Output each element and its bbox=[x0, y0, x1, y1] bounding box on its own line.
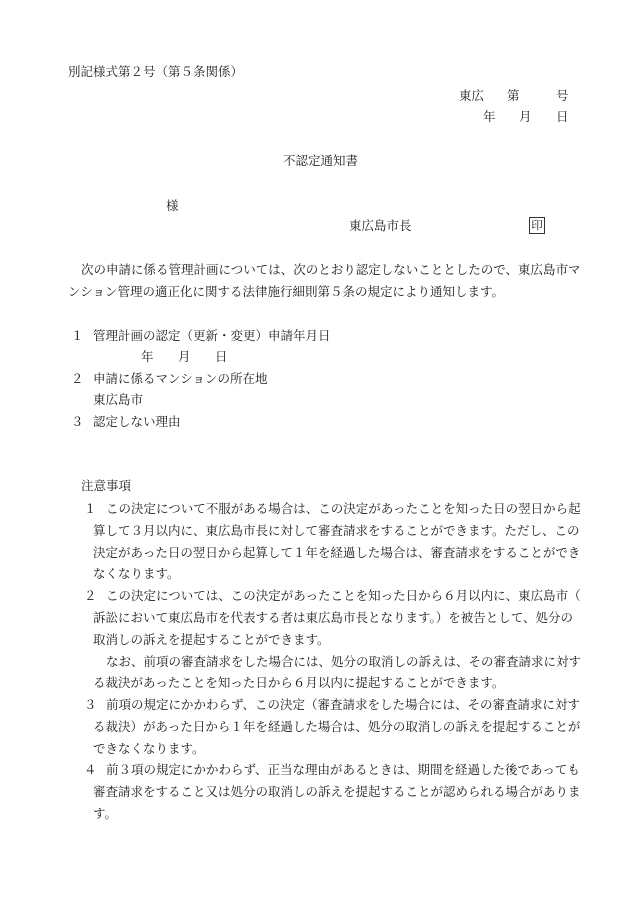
seal-stamp: 印 bbox=[529, 217, 545, 234]
note-4-line: 前３項の規定にかかわらず、正当な理由があるときは、期間を経過した後であっても bbox=[106, 762, 580, 778]
item-1-label: 管理計画の認定（更新・変更）申請年月日 bbox=[93, 328, 331, 344]
note-2-number: ２ bbox=[84, 588, 97, 604]
addressee-suffix: 様 bbox=[166, 198, 179, 214]
note-1-number: １ bbox=[84, 501, 97, 517]
notes-heading: 注意事項 bbox=[81, 478, 131, 494]
intro-line-1: 次の申請に係る管理計画については、次のとおり認定しないこととしたので、東広島市マ bbox=[81, 262, 581, 278]
note-2-line: る裁決があったことを知った日から６月以内に提起することができます。 bbox=[93, 675, 504, 691]
item-2-value: 東広島市 bbox=[93, 392, 143, 408]
doc-number-mid: 第 bbox=[507, 88, 520, 104]
note-1-line: 決定があった日の翌日から起算して１年を経過した場合は、審査請求をすることができ bbox=[93, 545, 580, 561]
date-month: 月 bbox=[519, 109, 532, 125]
item-2-label: 申請に係るマンションの所在地 bbox=[93, 371, 267, 387]
document-title: 不認定通知書 bbox=[283, 153, 358, 169]
issuer-name: 東広島市長 bbox=[349, 218, 412, 234]
item-1-year: 年 bbox=[141, 349, 154, 365]
form-label: 別記様式第２号（第５条関係） bbox=[68, 64, 243, 80]
doc-number-prefix: 東広 bbox=[459, 88, 484, 104]
note-2-line: なお、前項の審査請求をした場合には、処分の取消しの訴えは、その審査請求に対す bbox=[106, 654, 581, 670]
item-1-month: 月 bbox=[178, 349, 191, 365]
item-2-number: ２ bbox=[71, 371, 84, 387]
date-year: 年 bbox=[483, 109, 496, 125]
note-2-line: この決定については、この決定があったことを知った日から６月以内に、東広島市（ bbox=[106, 588, 581, 604]
note-3-number: ３ bbox=[84, 697, 97, 713]
note-3-line: 前項の規定にかかわらず、この決定（審査請求をした場合には、その審査請求に対す bbox=[106, 697, 580, 713]
note-1-line: なくなります。 bbox=[93, 566, 180, 582]
note-3-line: できなくなります。 bbox=[93, 741, 205, 757]
item-3-number: ３ bbox=[71, 414, 84, 430]
note-4-line: 審査請求をすること又は処分の取消しの訴えを提起することが認められる場合がありま bbox=[93, 784, 581, 800]
doc-number-suffix: 号 bbox=[556, 88, 569, 104]
note-2-line: 取消しの訴えを提起することができます。 bbox=[93, 632, 330, 648]
intro-line-2: ンション管理の適正化に関する法律施行細則第５条の規定により通知します。 bbox=[68, 284, 504, 300]
item-3-label: 認定しない理由 bbox=[93, 414, 181, 430]
item-1-day: 日 bbox=[215, 349, 228, 365]
date-day: 日 bbox=[556, 109, 569, 125]
note-1-line: この決定について不服がある場合は、この決定があったことを知った日の翌日から起 bbox=[106, 501, 581, 517]
note-4-line: す。 bbox=[93, 806, 117, 822]
note-3-line: る裁決）があった日から１年を経過した場合は、処分の取消しの訴えを提起することが bbox=[93, 719, 580, 735]
note-4-number: ４ bbox=[84, 762, 97, 778]
item-1-number: １ bbox=[71, 328, 84, 344]
note-2-line: 訴訟において東広島市を代表する者は東広島市長となります。）を被告として、処分の bbox=[93, 610, 573, 626]
note-1-line: 算して３月以内に、東広島市長に対して審査請求をすることができます。ただし、この bbox=[93, 523, 580, 539]
